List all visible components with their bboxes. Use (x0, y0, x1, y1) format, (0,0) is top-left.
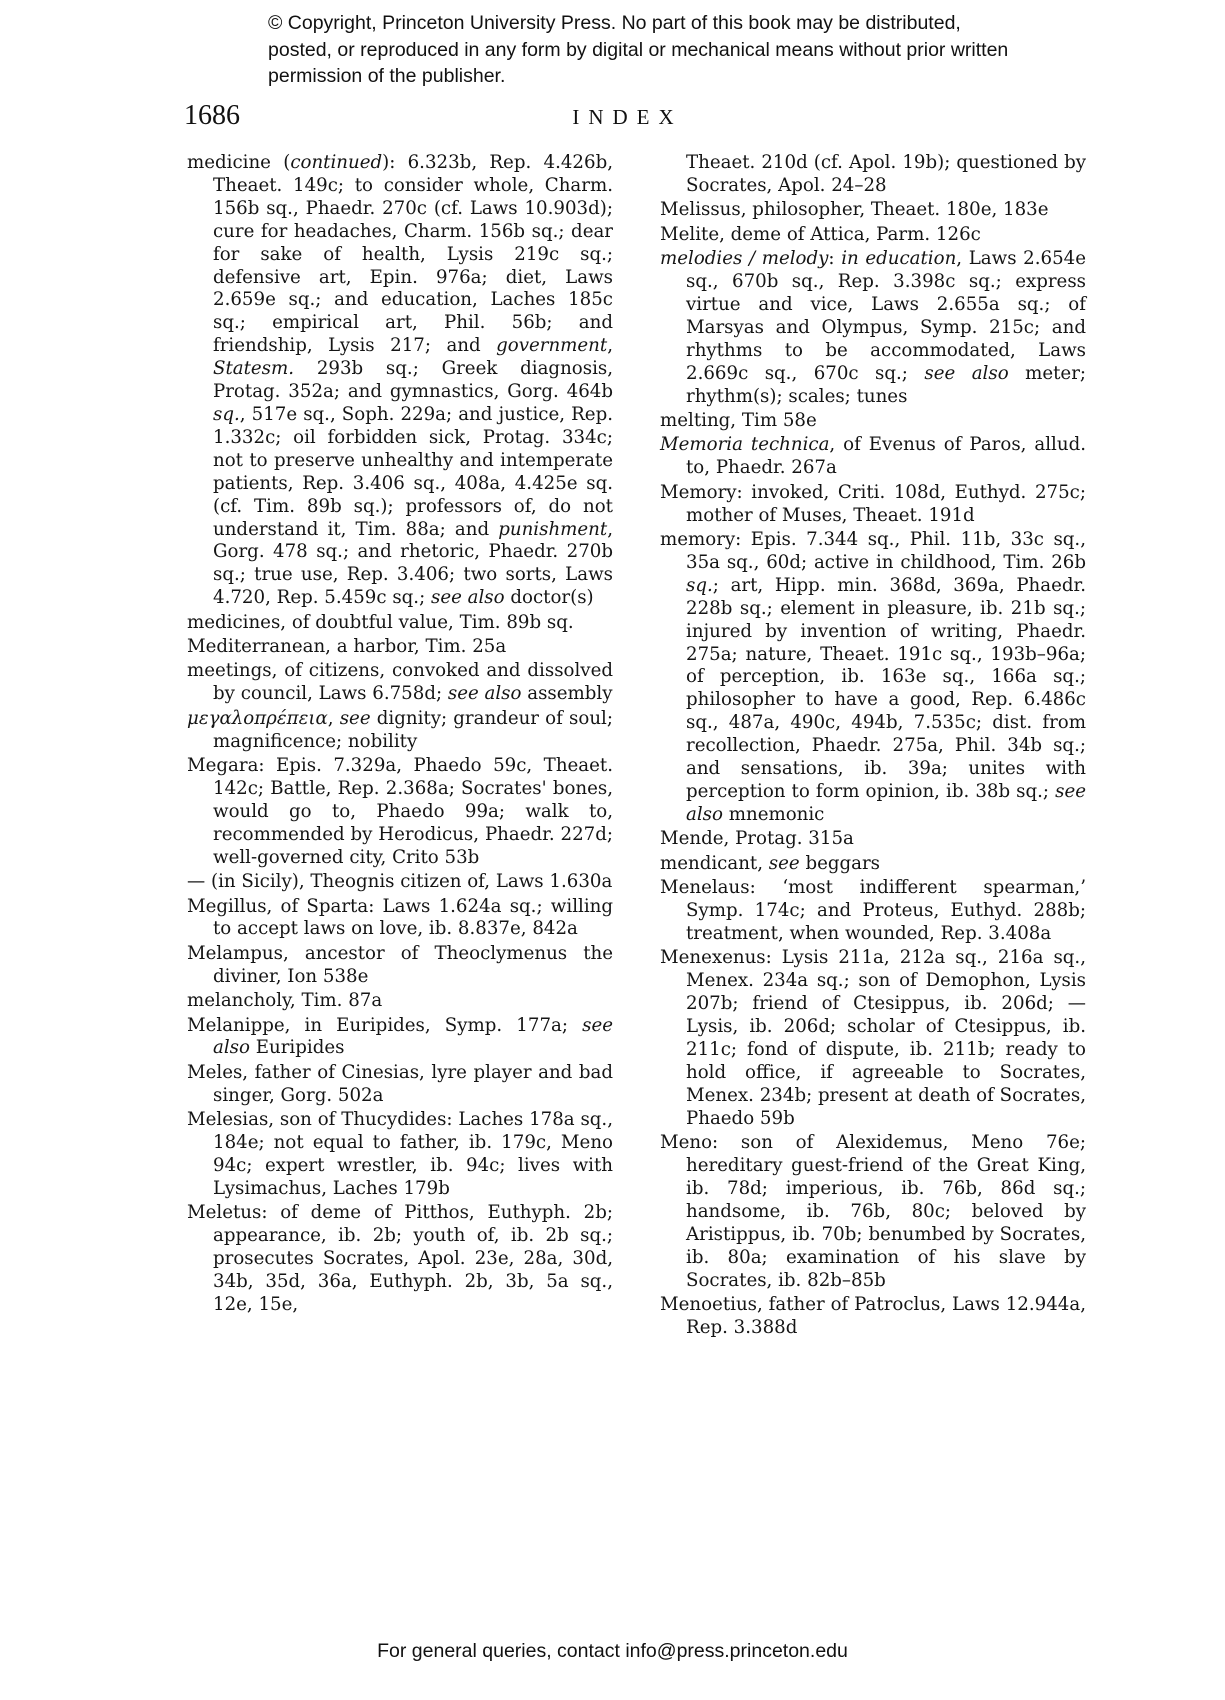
index-entry: Melite, deme of Attica, Parm. 126c (660, 224, 1086, 247)
index-entry: Meno: son of Alexidemus, Meno 76e; hered… (660, 1132, 1086, 1292)
index-entry: Memory: invoked, Criti. 108d, Euthyd. 27… (660, 482, 1086, 528)
index-entry: medicines, of doubtful value, Tim. 89b s… (187, 612, 613, 635)
index-entry: Menexenus: Lysis 211a, 212a sq., 216a sq… (660, 947, 1086, 1130)
index-entry: Mediterranean, a harbor, Tim. 25a (187, 636, 613, 659)
section-title: INDEX (0, 105, 1225, 130)
index-entry: Menoetius, father of Patroclus, Laws 12.… (660, 1294, 1086, 1340)
index-entry: Megillus, of Sparta: Laws 1.624a sq.; wi… (187, 896, 613, 942)
index-entry: Melesias, son of Thucydides: Laches 178a… (187, 1109, 613, 1201)
index-entry: memory: Epis. 7.344 sq., Phil. 11b, 33c … (660, 529, 1086, 827)
index-entry: Melissus, philosopher, Theaet. 180e, 183… (660, 199, 1086, 222)
index-entry: Theaet. 210d (cf. Apol. 19b); questioned… (660, 152, 1086, 198)
index-entry: Megara: Epis. 7.329a, Phaedo 59c, Theaet… (187, 755, 613, 870)
index-entry: μεγαλοπρέπεια, see dignity; grandeur of … (187, 708, 613, 754)
index-entry: Meletus: of deme of Pitthos, Euthyph. 2b… (187, 1202, 613, 1317)
index-entry: Mende, Protag. 315a (660, 828, 1086, 851)
index-entry: melting, Tim 58e (660, 410, 1086, 433)
index-entry: Melanippe, in Euripides, Symp. 177a; see… (187, 1015, 613, 1061)
index-entry: melancholy, Tim. 87a (187, 990, 613, 1013)
index-entry: Melampus, ancestor of Theoclymenus the d… (187, 943, 613, 989)
index-entry: medicine (continued): 6.323b, Rep. 4.426… (187, 152, 613, 610)
copyright-notice: © Copyright, Princeton University Press.… (268, 10, 1028, 90)
footer-contact: For general queries, contact info@press.… (0, 1640, 1225, 1663)
index-entry: mendicant, see beggars (660, 853, 1086, 876)
index-column-left: medicine (continued): 6.323b, Rep. 4.426… (187, 152, 613, 1317)
running-head: 1686 INDEX (0, 100, 1225, 134)
index-entry: Menelaus: ‘most indifferent spearman,’ S… (660, 877, 1086, 946)
index-entry: Memoria technica, of Evenus of Paros, al… (660, 434, 1086, 480)
index-entry: melodies / melody: in education, Laws 2.… (660, 248, 1086, 408)
index-entry: Meles, father of Cinesias, lyre player a… (187, 1062, 613, 1108)
index-entry: meetings, of citizens, convoked and diss… (187, 660, 613, 706)
index-entry: — (in Sicily), Theognis citizen of, Laws… (187, 871, 613, 894)
index-column-right: Theaet. 210d (cf. Apol. 19b); questioned… (660, 152, 1086, 1340)
